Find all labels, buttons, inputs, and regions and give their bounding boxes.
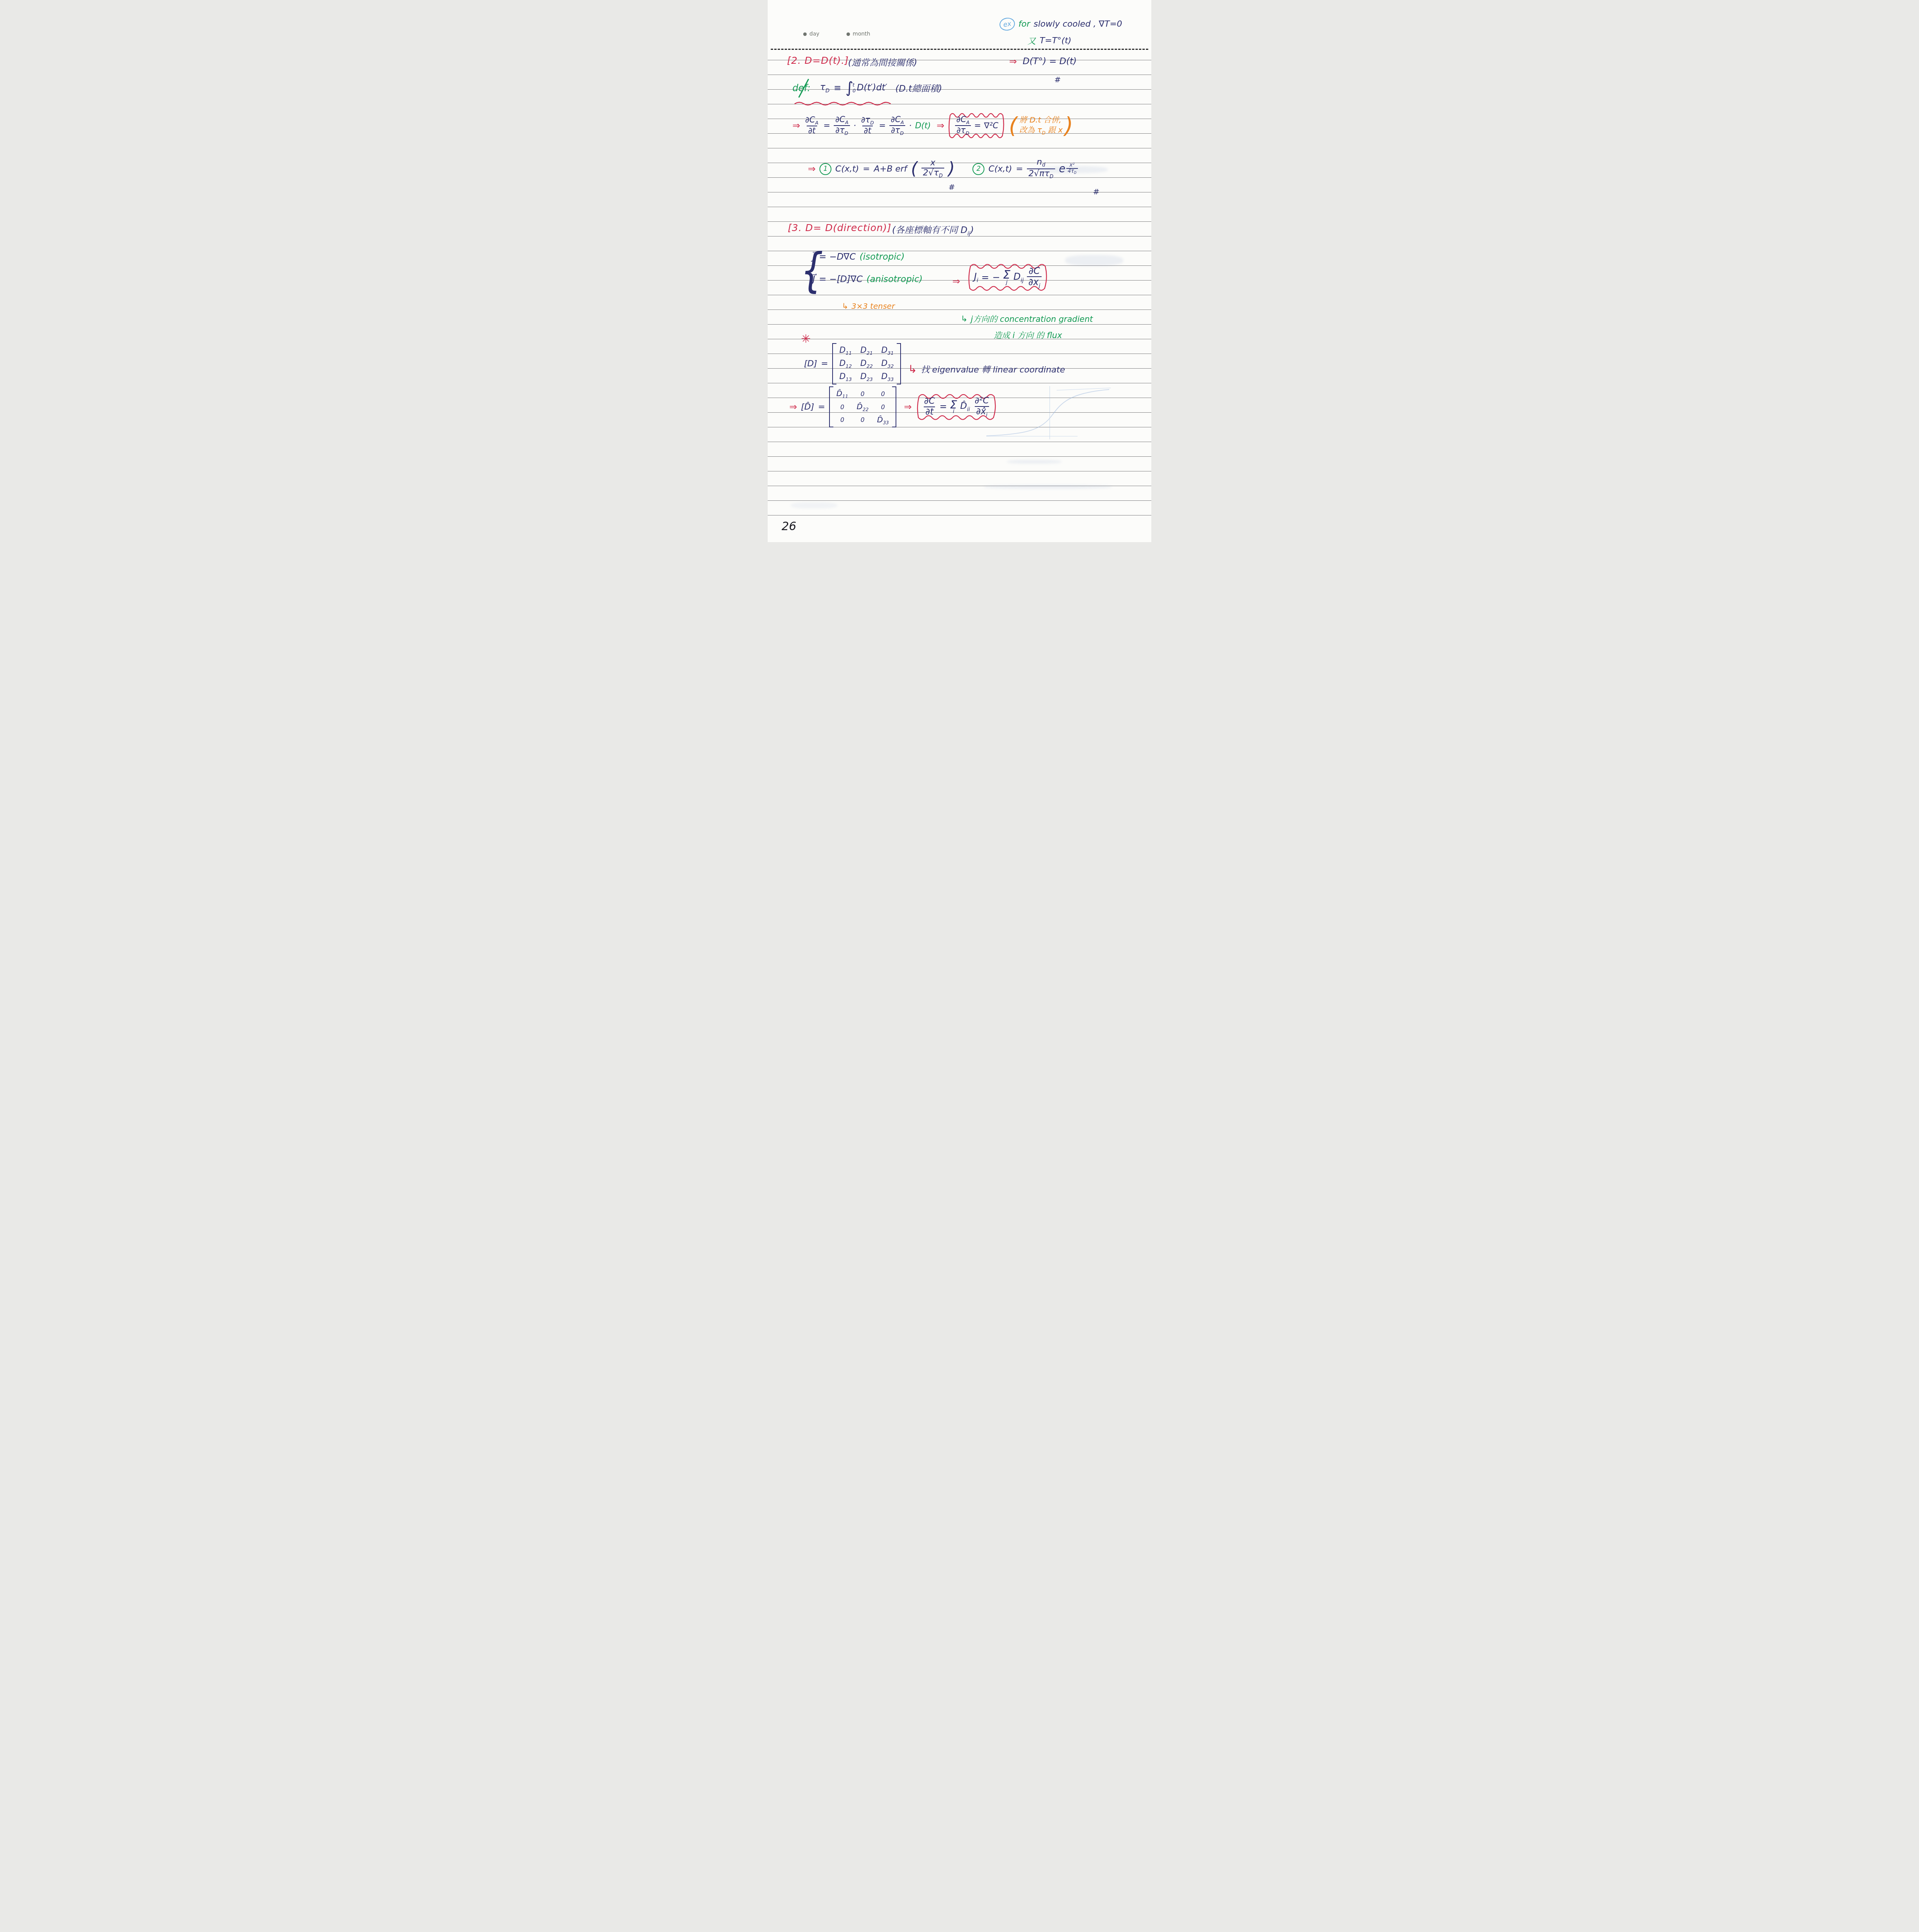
month-label: month bbox=[853, 31, 870, 37]
equals-sign: = bbox=[863, 164, 870, 174]
D-of-t-term: D(t) bbox=[915, 121, 931, 130]
flux-vector: J⃗ bbox=[812, 274, 815, 284]
month-bullet-icon bbox=[846, 32, 850, 36]
day-label: day bbox=[809, 31, 819, 37]
equals-sign: = bbox=[974, 121, 981, 130]
dashed-separator bbox=[771, 49, 1148, 50]
anisotropic-flux-line: J⃗ = −[D]∇C (anisotropic) bbox=[812, 274, 923, 284]
sum-over-j: Σj bbox=[1003, 270, 1010, 285]
anisotropic-law: = −[D]∇C bbox=[819, 274, 863, 284]
solution1-lhs: C(x,t) bbox=[835, 164, 859, 174]
equals-sign: = bbox=[823, 121, 830, 130]
ghost-smudge bbox=[984, 485, 1112, 489]
also-word: 又 bbox=[1027, 35, 1036, 47]
laplacian-term: ∇²C bbox=[984, 121, 998, 130]
ghost-smudge bbox=[791, 502, 837, 509]
diagonal-coefficient: D̂ii bbox=[960, 401, 970, 413]
section3-title: [3. D= D(direction)] bbox=[788, 222, 891, 233]
matrix-right-bracket bbox=[892, 386, 896, 427]
example-note-line1: ex for slowly cooled , ∇T=0 bbox=[999, 18, 1122, 31]
exp-term: ex²4τD bbox=[1059, 163, 1078, 175]
qed-hash: # bbox=[948, 182, 955, 192]
qed-hash: # bbox=[1093, 187, 1100, 196]
second-derivative-fraction: ∂²C ∂x̂i bbox=[973, 396, 991, 418]
red-wavy-box-diagonal-pde: ∂C ∂t = Σi D̂ii ∂²C ∂x̂i bbox=[916, 391, 998, 423]
right-paren: ) bbox=[1065, 116, 1073, 135]
section3-note: (各座標軸有不同 Dij) bbox=[892, 223, 974, 237]
tensor-matrix-row: [D] = D11 D21 D31 D12 D22 D32 D13 D23 D3… bbox=[804, 343, 1065, 384]
tensor-note: ↳ 3×3 tenser bbox=[842, 301, 895, 311]
erf-argument-fraction: x 2√τD bbox=[921, 158, 944, 180]
hook-arrow-icon: ↳ bbox=[961, 314, 968, 323]
header-day: day bbox=[803, 31, 819, 37]
cooling-condition: slowly cooled , ∇T=0 bbox=[1033, 19, 1122, 29]
equals-sign: = bbox=[1016, 164, 1023, 174]
red-wavy-box-flux-eq: Ji = − Σj Dij ∂C ∂xj bbox=[967, 261, 1049, 294]
gaussian-prefactor-fraction: nd 2√πτD bbox=[1027, 158, 1055, 180]
circled-number-1: 1 bbox=[819, 163, 831, 175]
tau-definition-line: def: τD ≡ ∫t0D(t′)dt′ (D.t總面積) bbox=[792, 80, 942, 95]
section2-title: [2. D=D(t).] bbox=[787, 55, 849, 66]
red-wavy-underline bbox=[793, 100, 892, 106]
annotation-line2: 改為 τD 跟 x bbox=[1019, 125, 1062, 136]
annotation-line1: 將 D.t 合併, bbox=[1019, 115, 1062, 125]
equals-sign: = bbox=[940, 402, 947, 412]
section2-result: D(T°) = D(t) bbox=[1023, 56, 1077, 66]
for-word: for bbox=[1018, 19, 1030, 29]
right-paren: ) bbox=[948, 161, 955, 177]
dCA-dt-fraction: ∂CA ∂t bbox=[804, 116, 820, 136]
equals-sign: = bbox=[879, 121, 886, 130]
dot-operator: · bbox=[909, 121, 912, 130]
matrix-left-bracket bbox=[832, 343, 836, 384]
orange-annotation: ( 將 D.t 合併, 改為 τD 跟 x ) bbox=[1009, 115, 1073, 136]
implies-arrow: ⇒ bbox=[904, 401, 912, 412]
qed-hash: # bbox=[1054, 75, 1061, 84]
def-note: (D.t總面積) bbox=[895, 82, 942, 94]
ghost-smudge bbox=[1065, 255, 1123, 266]
implies-arrow: ⇒ bbox=[937, 120, 944, 131]
dCA-dtau-fraction: ∂CA ∂τD bbox=[889, 115, 906, 136]
circled-number-2: 2 bbox=[972, 163, 984, 175]
section2-note: (通常為間接關係) bbox=[848, 56, 917, 68]
implies-arrow: ⇒ bbox=[808, 163, 816, 174]
dot-operator: · bbox=[853, 121, 856, 130]
left-paren: ( bbox=[911, 161, 918, 177]
equals-sign: = bbox=[821, 359, 828, 369]
notebook-page: day month ex for slowly cooled , ∇T=0 又 … bbox=[768, 0, 1151, 542]
implies-arrow: ⇒ bbox=[1009, 56, 1017, 67]
eigenvalue-note: 找 eigenvalue 轉 linear coordinate bbox=[921, 363, 1065, 375]
concentration-gradient-fraction: ∂C ∂xj bbox=[1027, 266, 1042, 289]
matrix-left-bracket bbox=[829, 386, 833, 427]
equals-sign: = bbox=[981, 272, 989, 283]
red-wavy-box-diffusion-eq: ∂CA ∂τD = ∇²C bbox=[948, 111, 1005, 141]
day-bullet-icon bbox=[803, 32, 807, 36]
def-label: def: bbox=[792, 83, 811, 94]
equiv-sign: ≡ bbox=[834, 83, 841, 93]
hook-arrow-icon: ↳ bbox=[842, 301, 848, 311]
erf-prefix: A+B erf bbox=[874, 164, 907, 174]
matrix-Dhat: D̂11 0 0 0 D̂22 0 0 0 D̂33 bbox=[829, 386, 896, 427]
chain-rule-line: ⇒ ∂CA ∂t = ∂CA ∂τD · ∂τD ∂t = ∂CA ∂τD · … bbox=[792, 111, 1073, 141]
solution2-lhs: C(x,t) bbox=[988, 164, 1012, 174]
ex-badge: ex bbox=[998, 17, 1016, 32]
flux-component: Ji bbox=[974, 271, 978, 284]
diagonal-matrix-row: ⇒ [D̂] = D̂11 0 0 0 D̂22 0 0 0 D̂33 ⇒ ∂C bbox=[789, 386, 998, 427]
isotropic-flux-line: J⃗ = −D∇C (isotropic) bbox=[812, 252, 904, 262]
matrix-D: D11 D21 D31 D12 D22 D32 D13 D23 D33 bbox=[832, 343, 901, 384]
isotropic-law: = −D∇C bbox=[819, 252, 856, 262]
dtau-dt-fraction: ∂τD ∂t bbox=[860, 116, 875, 136]
implies-arrow: ⇒ bbox=[789, 401, 797, 412]
dCA-dtau-fraction: ∂CA ∂τD bbox=[834, 115, 850, 136]
isotropic-note: (isotropic) bbox=[860, 252, 905, 262]
temp-relation: T=T°(t) bbox=[1040, 36, 1071, 46]
ghost-smudge bbox=[1007, 460, 1061, 464]
hook-arrow-icon: ↳ bbox=[908, 363, 917, 376]
dCA-dtau-fraction: ∂CA ∂τD bbox=[955, 115, 971, 136]
page-number: 26 bbox=[782, 520, 796, 533]
solutions-line: ⇒ 1 C(x,t) = A+B erf ( x 2√τD ) 2 C(x,t)… bbox=[808, 158, 1078, 180]
tensor-component: Dij bbox=[1013, 271, 1023, 284]
equals-sign: = bbox=[818, 402, 825, 412]
example-note-line2: 又 T=T°(t) bbox=[1027, 35, 1071, 47]
anisotropic-note: (anisotropic) bbox=[867, 274, 923, 284]
minus-sign: − bbox=[992, 272, 1000, 283]
left-paren: ( bbox=[1009, 116, 1017, 135]
matrix-D-label: [D] bbox=[804, 359, 817, 369]
implies-arrow: ⇒ bbox=[952, 276, 960, 287]
matrix-right-bracket bbox=[897, 343, 901, 384]
flux-annotation-line2: 造成 i 方向 的 flux bbox=[994, 329, 1062, 341]
dC-dt-fraction: ∂C ∂t bbox=[923, 396, 937, 417]
matrix-Dhat-label: [D̂] bbox=[801, 402, 814, 412]
integral-term: ∫t0D(t′)dt′ bbox=[845, 80, 887, 95]
flux-annotation-line1: ↳ j方向的 concentration gradient bbox=[961, 313, 1093, 325]
header-month: month bbox=[846, 31, 870, 37]
tau-symbol: τD bbox=[820, 82, 829, 94]
flux-vector: J⃗ bbox=[812, 252, 815, 262]
ghost-sigmoid-curve bbox=[981, 384, 1112, 442]
sum-over-i: Σi bbox=[950, 400, 957, 414]
implies-arrow: ⇒ bbox=[792, 120, 800, 131]
